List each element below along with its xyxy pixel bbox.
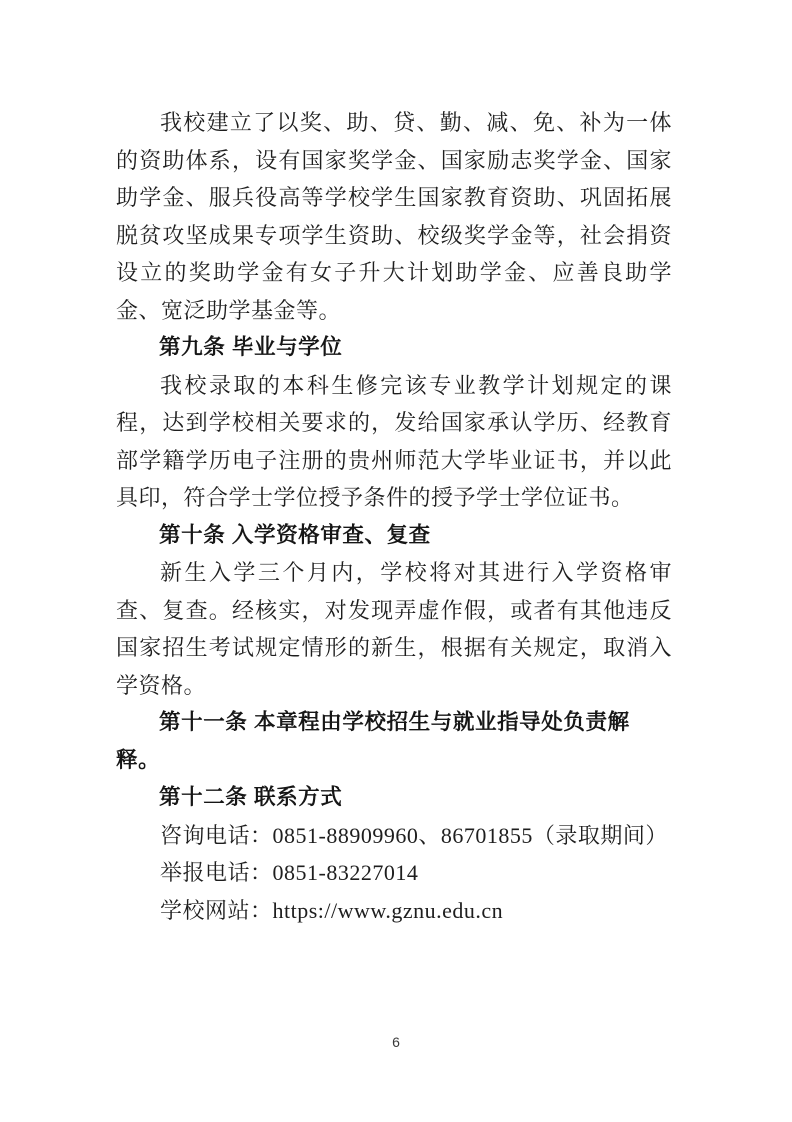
body-paragraph: 新生入学三个月内，学校将对其进行入学资格审查、复查。经核实，对发现弄虚作假，或者… bbox=[116, 554, 672, 704]
body-paragraph: 我校建立了以奖、助、贷、勤、减、免、补为一体的资助体系，设有国家奖学金、国家励志… bbox=[116, 104, 672, 329]
article-heading: 第十条 入学资格审查、复查 bbox=[116, 517, 672, 555]
article-heading: 第十一条 本章程由学校招生与就业指导处负责解释。 bbox=[116, 704, 672, 779]
contact-line: 咨询电话：0851-88909960、86701855（录取期间） bbox=[116, 817, 672, 855]
contact-line: 学校网站：https://www.gznu.edu.cn bbox=[116, 892, 672, 930]
body-paragraph: 我校录取的本科生修完该专业教学计划规定的课程，达到学校相关要求的，发给国家承认学… bbox=[116, 367, 672, 517]
contact-line: 举报电话：0851-83227014 bbox=[116, 854, 672, 892]
document-page: 我校建立了以奖、助、贷、勤、减、免、补为一体的资助体系，设有国家奖学金、国家励志… bbox=[0, 0, 792, 1122]
article-heading: 第九条 毕业与学位 bbox=[116, 329, 672, 367]
page-number: 6 bbox=[0, 1034, 792, 1050]
article-heading: 第十二条 联系方式 bbox=[116, 779, 672, 817]
document-body: 我校建立了以奖、助、贷、勤、减、免、补为一体的资助体系，设有国家奖学金、国家励志… bbox=[116, 104, 672, 929]
